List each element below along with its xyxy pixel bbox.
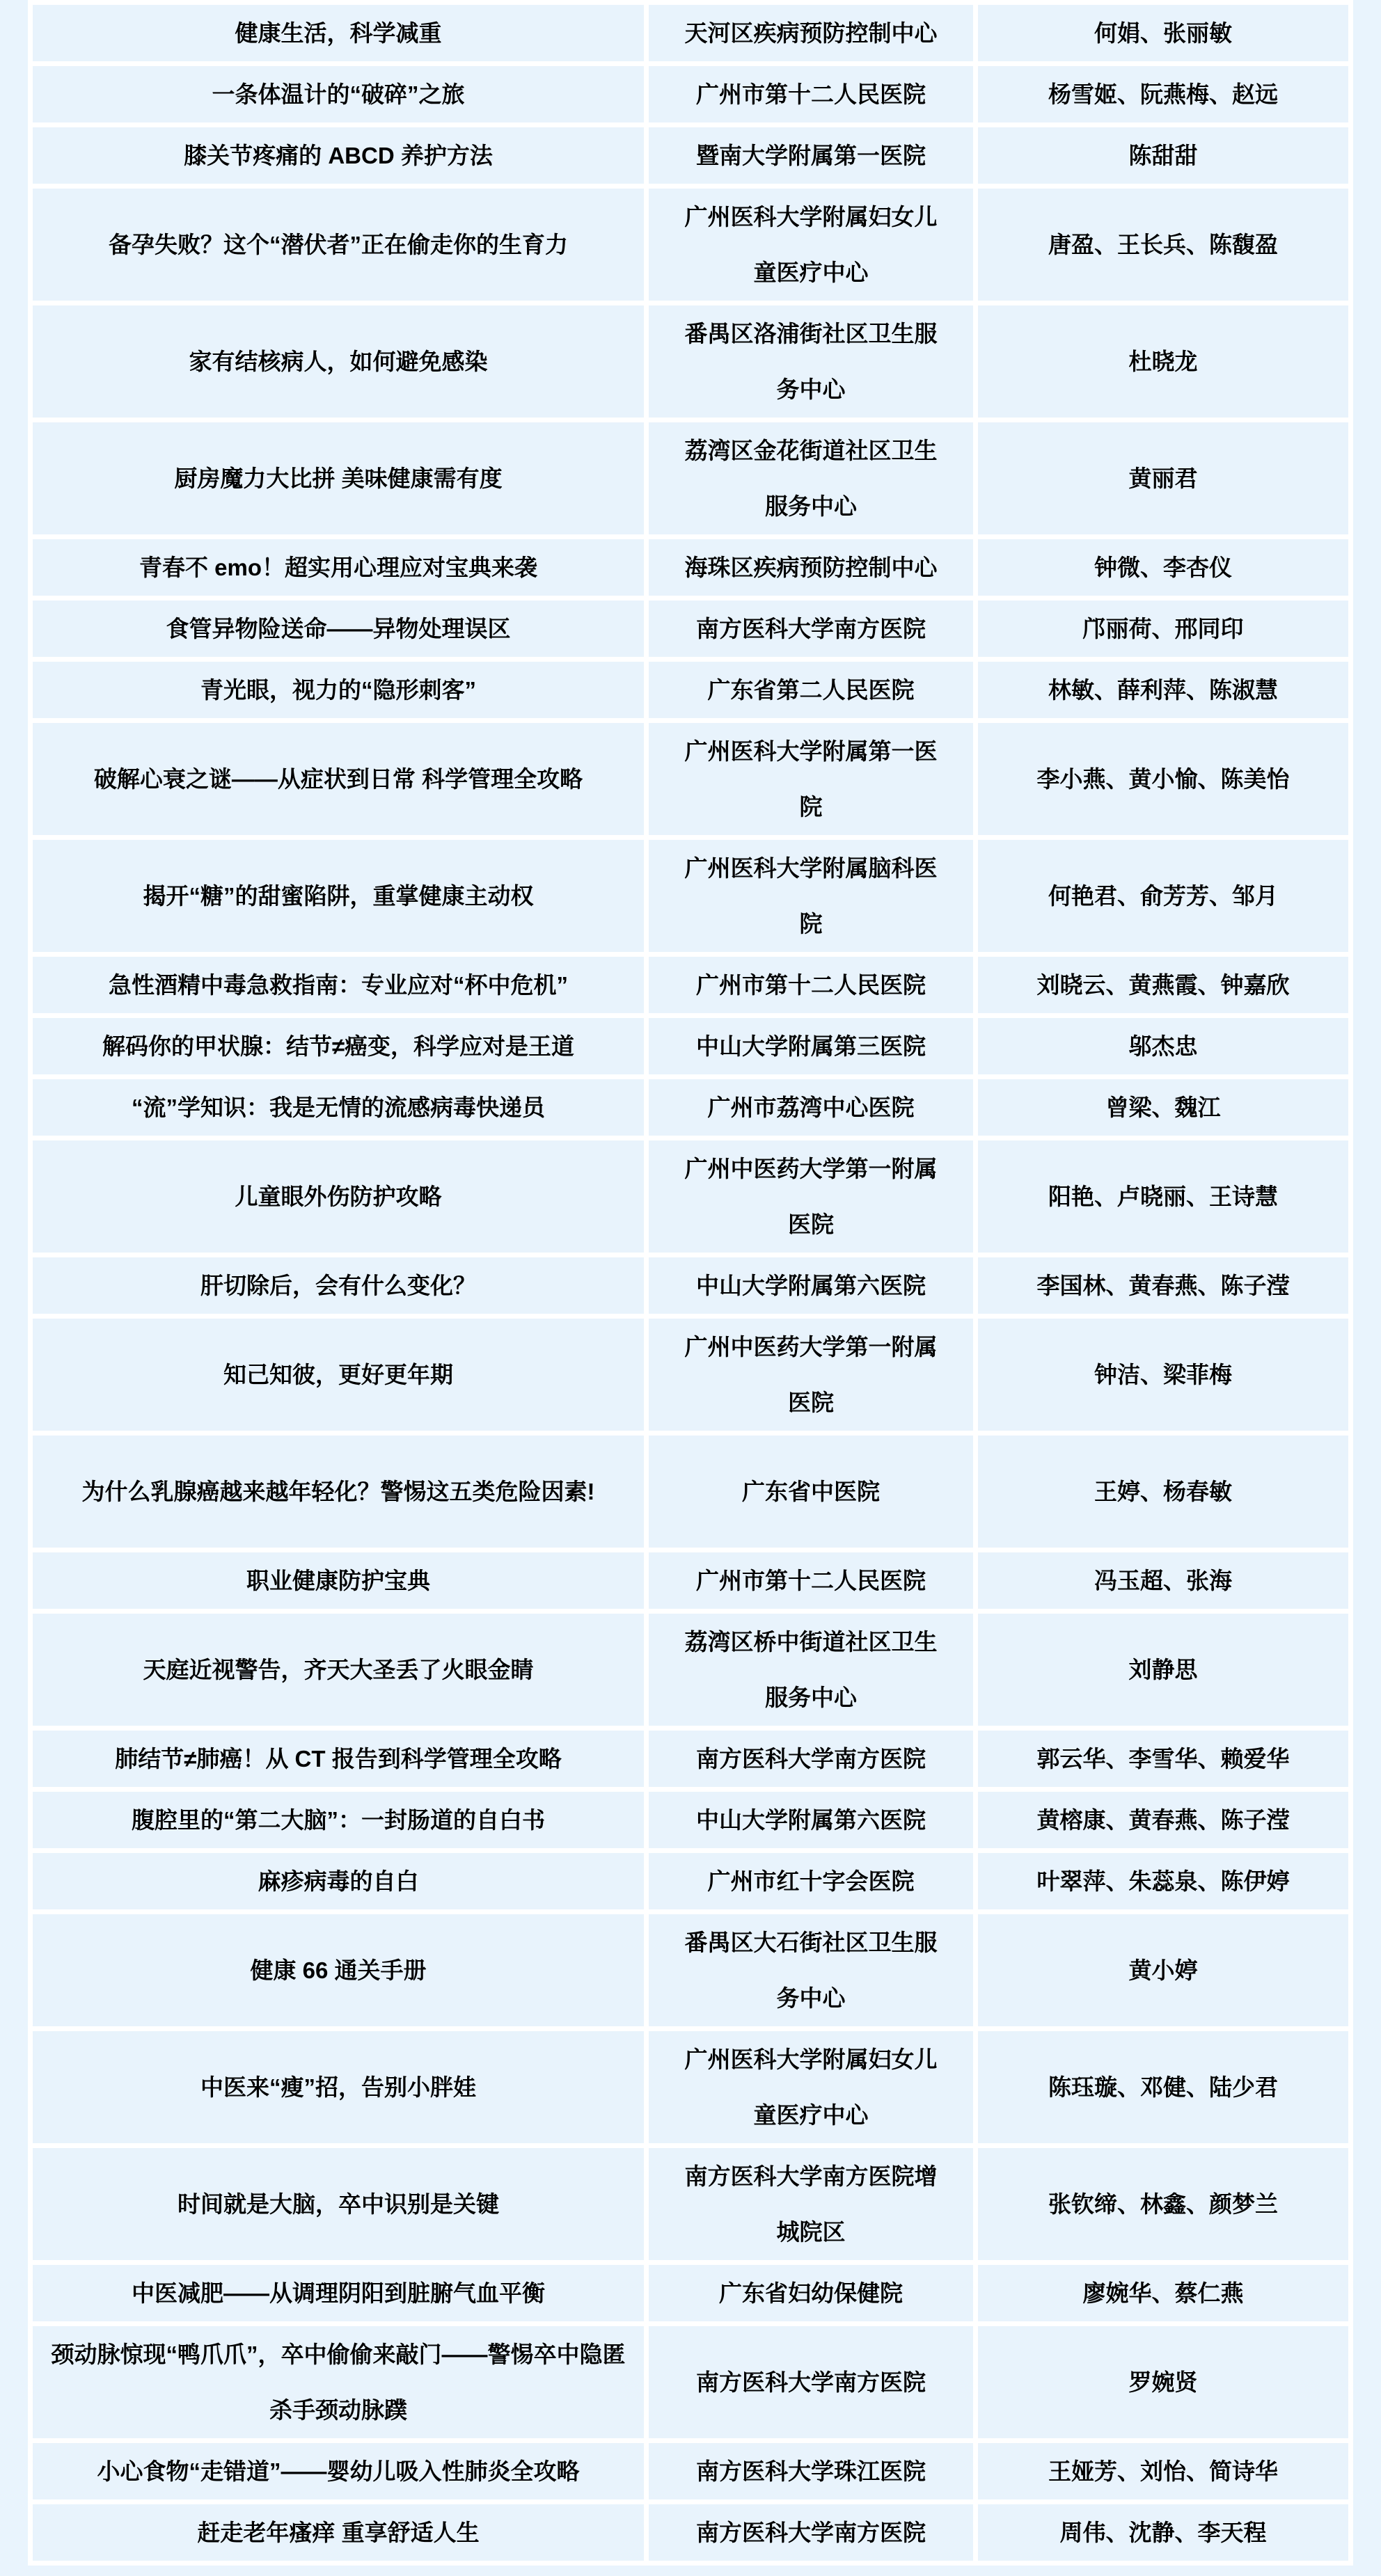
authors-cell: 黄丽君 bbox=[978, 422, 1348, 534]
work-title-cell: 青春不 emo！超实用心理应对宝典来袭 bbox=[33, 539, 644, 596]
table-row: 为什么乳腺癌越来越年轻化？警惕这五类危险因素! 广东省中医院 王婷、杨春敏 bbox=[33, 1436, 1348, 1548]
organization-cell: 天河区疾病预防控制中心 bbox=[649, 5, 973, 61]
organization-cell: 中山大学附属第六医院 bbox=[649, 1792, 973, 1848]
organization-cell: 广州中医药大学第一附属医院 bbox=[649, 1140, 973, 1253]
authors-cell: 罗婉贤 bbox=[978, 2326, 1348, 2438]
table-row: 备孕失败？这个“潜伏者”正在偷走你的生育力 广州医科大学附属妇女儿童医疗中心 唐… bbox=[33, 189, 1348, 301]
table-row: 天庭近视警告，齐天大圣丢了火眼金睛 荔湾区桥中街道社区卫生服务中心 刘静思 bbox=[33, 1614, 1348, 1726]
table-row: 小心食物“走错道”——婴幼儿吸入性肺炎全攻略 南方医科大学珠江医院 王娅芳、刘怡… bbox=[33, 2443, 1348, 2499]
work-title-cell: 知己知彼，更好更年期 bbox=[33, 1319, 644, 1431]
work-title-cell: 颈动脉惊现“鸭爪爪”，卒中偷偷来敲门——警惕卒中隐匿杀手颈动脉蹼 bbox=[33, 2326, 644, 2438]
page: 健康生活，科学减重 天河区疾病预防控制中心 何娟、张丽敏 一条体温计的“破碎”之… bbox=[0, 0, 1381, 2576]
authors-cell: 李国林、黄春燕、陈子滢 bbox=[978, 1257, 1348, 1314]
table-row: 中医减肥——从调理阴阳到脏腑气血平衡 广东省妇幼保健院 廖婉华、蔡仁燕 bbox=[33, 2265, 1348, 2321]
authors-cell: 郭云华、李雪华、赖爱华 bbox=[978, 1731, 1348, 1787]
organization-cell: 广州医科大学附属第一医院 bbox=[649, 723, 973, 835]
authors-cell: 张钦缔、林鑫、颜梦兰 bbox=[978, 2148, 1348, 2260]
work-title-cell: 中医减肥——从调理阴阳到脏腑气血平衡 bbox=[33, 2265, 644, 2321]
organization-cell: 广州市第十二人民医院 bbox=[649, 957, 973, 1013]
organization-cell: 海珠区疾病预防控制中心 bbox=[649, 539, 973, 596]
work-title-cell: 麻疹病毒的自白 bbox=[33, 1853, 644, 1909]
table-row: 儿童眼外伤防护攻略 广州中医药大学第一附属医院 阳艳、卢晓丽、王诗慧 bbox=[33, 1140, 1348, 1253]
table-row: 赶走老年瘙痒 重享舒适人生 南方医科大学南方医院 周伟、沈静、李天程 bbox=[33, 2504, 1348, 2561]
table-row: 健康 66 通关手册 番禺区大石街社区卫生服务中心 黄小婷 bbox=[33, 1914, 1348, 2026]
authors-cell: 曾梁、魏江 bbox=[978, 1079, 1348, 1136]
table-row: 青光眼，视力的“隐形刺客” 广东省第二人民医院 林敏、薛利萍、陈淑慧 bbox=[33, 662, 1348, 718]
work-title-cell: 青光眼，视力的“隐形刺客” bbox=[33, 662, 644, 718]
authors-cell: 钟微、李杏仪 bbox=[978, 539, 1348, 596]
table-row: 一条体温计的“破碎”之旅 广州市第十二人民医院 杨雪姬、阮燕梅、赵远 bbox=[33, 66, 1348, 122]
authors-cell: 林敏、薛利萍、陈淑慧 bbox=[978, 662, 1348, 718]
organization-cell: 广州市第十二人民医院 bbox=[649, 1552, 973, 1609]
authors-cell: 王娅芳、刘怡、简诗华 bbox=[978, 2443, 1348, 2499]
organization-cell: 南方医科大学南方医院 bbox=[649, 2504, 973, 2561]
authors-cell: 唐盈、王长兵、陈馥盈 bbox=[978, 189, 1348, 301]
organization-cell: 广州市第十二人民医院 bbox=[649, 66, 973, 122]
work-title-cell: 揭开“糖”的甜蜜陷阱，重掌健康主动权 bbox=[33, 840, 644, 952]
authors-cell: 叶翠萍、朱蕊泉、陈伊婷 bbox=[978, 1853, 1348, 1909]
table-row: 中医来“瘦”招，告别小胖娃 广州医科大学附属妇女儿童医疗中心 陈珏璇、邓健、陆少… bbox=[33, 2031, 1348, 2143]
work-title-cell: 职业健康防护宝典 bbox=[33, 1552, 644, 1609]
organization-cell: 中山大学附属第六医院 bbox=[649, 1257, 973, 1314]
table-row: 知己知彼，更好更年期 广州中医药大学第一附属医院 钟洁、梁菲梅 bbox=[33, 1319, 1348, 1431]
authors-cell: 杨雪姬、阮燕梅、赵远 bbox=[978, 66, 1348, 122]
authors-cell: 廖婉华、蔡仁燕 bbox=[978, 2265, 1348, 2321]
table-row: 揭开“糖”的甜蜜陷阱，重掌健康主动权 广州医科大学附属脑科医院 何艳君、俞芳芳、… bbox=[33, 840, 1348, 952]
authors-cell: 邝丽荷、邢同印 bbox=[978, 601, 1348, 657]
work-title-cell: 腹腔里的“第二大脑”：一封肠道的自白书 bbox=[33, 1792, 644, 1848]
organization-cell: 广东省中医院 bbox=[649, 1436, 973, 1548]
work-title-cell: 家有结核病人，如何避免感染 bbox=[33, 305, 644, 418]
work-title-cell: 天庭近视警告，齐天大圣丢了火眼金睛 bbox=[33, 1614, 644, 1726]
work-title-cell: 破解心衰之谜——从症状到日常 科学管理全攻略 bbox=[33, 723, 644, 835]
table-row: 解码你的甲状腺：结节≠癌变，科学应对是王道 中山大学附属第三医院 邬杰忠 bbox=[33, 1018, 1348, 1074]
table-row: 青春不 emo！超实用心理应对宝典来袭 海珠区疾病预防控制中心 钟微、李杏仪 bbox=[33, 539, 1348, 596]
authors-cell: 何娟、张丽敏 bbox=[978, 5, 1348, 61]
organization-cell: 南方医科大学南方医院增城院区 bbox=[649, 2148, 973, 2260]
authors-cell: 王婷、杨春敏 bbox=[978, 1436, 1348, 1548]
organization-cell: 广东省妇幼保健院 bbox=[649, 2265, 973, 2321]
organization-cell: 中山大学附属第三医院 bbox=[649, 1018, 973, 1074]
organization-cell: 广州中医药大学第一附属医院 bbox=[649, 1319, 973, 1431]
authors-cell: 邬杰忠 bbox=[978, 1018, 1348, 1074]
organization-cell: 荔湾区金花街道社区卫生服务中心 bbox=[649, 422, 973, 534]
work-title-cell: 膝关节疼痛的 ABCD 养护方法 bbox=[33, 127, 644, 184]
authors-cell: 刘静思 bbox=[978, 1614, 1348, 1726]
table-row: 麻疹病毒的自白 广州市红十字会医院 叶翠萍、朱蕊泉、陈伊婷 bbox=[33, 1853, 1348, 1909]
work-title-cell: “流”学知识：我是无情的流感病毒快递员 bbox=[33, 1079, 644, 1136]
organization-cell: 南方医科大学南方医院 bbox=[649, 1731, 973, 1787]
work-title-cell: 儿童眼外伤防护攻略 bbox=[33, 1140, 644, 1253]
authors-cell: 陈甜甜 bbox=[978, 127, 1348, 184]
organization-cell: 广州医科大学附属妇女儿童医疗中心 bbox=[649, 2031, 973, 2143]
work-title-cell: 肺结节≠肺癌！从 CT 报告到科学管理全攻略 bbox=[33, 1731, 644, 1787]
work-title-cell: 肝切除后，会有什么变化？ bbox=[33, 1257, 644, 1314]
work-title-cell: 厨房魔力大比拼 美味健康需有度 bbox=[33, 422, 644, 534]
organization-cell: 南方医科大学珠江医院 bbox=[649, 2443, 973, 2499]
work-title-cell: 急性酒精中毒急救指南：专业应对“杯中危机” bbox=[33, 957, 644, 1013]
table-row: 食管异物险送命——异物处理误区 南方医科大学南方医院 邝丽荷、邢同印 bbox=[33, 601, 1348, 657]
organization-cell: 广东省第二人民医院 bbox=[649, 662, 973, 718]
organization-cell: 南方医科大学南方医院 bbox=[649, 2326, 973, 2438]
work-title-cell: 健康生活，科学减重 bbox=[33, 5, 644, 61]
organization-cell: 广州市荔湾中心医院 bbox=[649, 1079, 973, 1136]
work-title-cell: 为什么乳腺癌越来越年轻化？警惕这五类危险因素! bbox=[33, 1436, 644, 1548]
table-row: 厨房魔力大比拼 美味健康需有度 荔湾区金花街道社区卫生服务中心 黄丽君 bbox=[33, 422, 1348, 534]
table-row: 肝切除后，会有什么变化？ 中山大学附属第六医院 李国林、黄春燕、陈子滢 bbox=[33, 1257, 1348, 1314]
table-row: 膝关节疼痛的 ABCD 养护方法 暨南大学附属第一医院 陈甜甜 bbox=[33, 127, 1348, 184]
authors-cell: 陈珏璇、邓健、陆少君 bbox=[978, 2031, 1348, 2143]
organization-cell: 广州市红十字会医院 bbox=[649, 1853, 973, 1909]
table-row: “流”学知识：我是无情的流感病毒快递员 广州市荔湾中心医院 曾梁、魏江 bbox=[33, 1079, 1348, 1136]
organization-cell: 番禺区洛浦街社区卫生服务中心 bbox=[649, 305, 973, 418]
table-row: 时间就是大脑，卒中识别是关键 南方医科大学南方医院增城院区 张钦缔、林鑫、颜梦兰 bbox=[33, 2148, 1348, 2260]
organization-cell: 暨南大学附属第一医院 bbox=[649, 127, 973, 184]
authors-cell: 冯玉超、张海 bbox=[978, 1552, 1348, 1609]
work-title-cell: 食管异物险送命——异物处理误区 bbox=[33, 601, 644, 657]
health-education-award-table: 健康生活，科学减重 天河区疾病预防控制中心 何娟、张丽敏 一条体温计的“破碎”之… bbox=[28, 0, 1353, 2566]
work-title-cell: 赶走老年瘙痒 重享舒适人生 bbox=[33, 2504, 644, 2561]
organization-cell: 荔湾区桥中街道社区卫生服务中心 bbox=[649, 1614, 973, 1726]
work-title-cell: 健康 66 通关手册 bbox=[33, 1914, 644, 2026]
authors-cell: 黄榕康、黄春燕、陈子滢 bbox=[978, 1792, 1348, 1848]
table-row: 肺结节≠肺癌！从 CT 报告到科学管理全攻略 南方医科大学南方医院 郭云华、李雪… bbox=[33, 1731, 1348, 1787]
organization-cell: 广州医科大学附属妇女儿童医疗中心 bbox=[649, 189, 973, 301]
award-table-body: 健康生活，科学减重 天河区疾病预防控制中心 何娟、张丽敏 一条体温计的“破碎”之… bbox=[33, 5, 1348, 2561]
authors-cell: 何艳君、俞芳芳、邹月 bbox=[978, 840, 1348, 952]
table-row: 健康生活，科学减重 天河区疾病预防控制中心 何娟、张丽敏 bbox=[33, 5, 1348, 61]
authors-cell: 李小燕、黄小愉、陈美怡 bbox=[978, 723, 1348, 835]
work-title-cell: 一条体温计的“破碎”之旅 bbox=[33, 66, 644, 122]
work-title-cell: 小心食物“走错道”——婴幼儿吸入性肺炎全攻略 bbox=[33, 2443, 644, 2499]
work-title-cell: 时间就是大脑，卒中识别是关键 bbox=[33, 2148, 644, 2260]
table-row: 家有结核病人，如何避免感染 番禺区洛浦街社区卫生服务中心 杜晓龙 bbox=[33, 305, 1348, 418]
organization-cell: 广州医科大学附属脑科医院 bbox=[649, 840, 973, 952]
authors-cell: 阳艳、卢晓丽、王诗慧 bbox=[978, 1140, 1348, 1253]
table-row: 颈动脉惊现“鸭爪爪”，卒中偷偷来敲门——警惕卒中隐匿杀手颈动脉蹼 南方医科大学南… bbox=[33, 2326, 1348, 2438]
authors-cell: 黄小婷 bbox=[978, 1914, 1348, 2026]
work-title-cell: 中医来“瘦”招，告别小胖娃 bbox=[33, 2031, 644, 2143]
authors-cell: 周伟、沈静、李天程 bbox=[978, 2504, 1348, 2561]
authors-cell: 杜晓龙 bbox=[978, 305, 1348, 418]
organization-cell: 南方医科大学南方医院 bbox=[649, 601, 973, 657]
authors-cell: 刘晓云、黄燕霞、钟嘉欣 bbox=[978, 957, 1348, 1013]
table-row: 腹腔里的“第二大脑”：一封肠道的自白书 中山大学附属第六医院 黄榕康、黄春燕、陈… bbox=[33, 1792, 1348, 1848]
table-row: 破解心衰之谜——从症状到日常 科学管理全攻略 广州医科大学附属第一医院 李小燕、… bbox=[33, 723, 1348, 835]
work-title-cell: 备孕失败？这个“潜伏者”正在偷走你的生育力 bbox=[33, 189, 644, 301]
authors-cell: 钟洁、梁菲梅 bbox=[978, 1319, 1348, 1431]
organization-cell: 番禺区大石街社区卫生服务中心 bbox=[649, 1914, 973, 2026]
work-title-cell: 解码你的甲状腺：结节≠癌变，科学应对是王道 bbox=[33, 1018, 644, 1074]
table-row: 急性酒精中毒急救指南：专业应对“杯中危机” 广州市第十二人民医院 刘晓云、黄燕霞… bbox=[33, 957, 1348, 1013]
table-row: 职业健康防护宝典 广州市第十二人民医院 冯玉超、张海 bbox=[33, 1552, 1348, 1609]
